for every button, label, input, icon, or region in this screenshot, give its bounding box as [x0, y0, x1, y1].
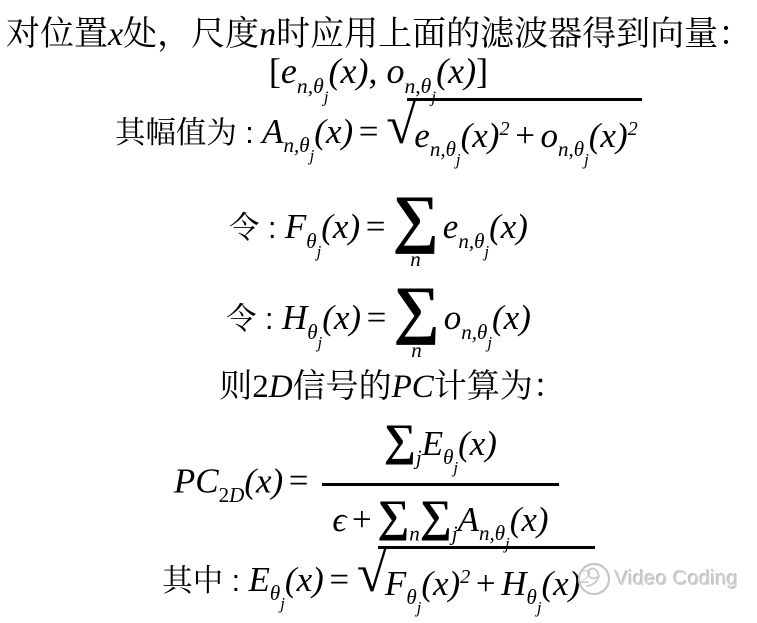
formula-page: 对位置x处，尺度n时应用上面的滤波器得到向量： [en,θj(x), on,θj…: [0, 0, 757, 623]
subscript: n,θj: [461, 320, 492, 344]
var-A: A: [262, 112, 283, 151]
arg: (x): [421, 564, 460, 603]
subscript-text: n,θ: [479, 521, 505, 545]
var-o: o: [541, 116, 559, 155]
arg: (x): [322, 298, 361, 337]
arg: (x): [458, 424, 497, 463]
arg: (x): [510, 500, 549, 539]
radicand: Fθj(x)2+Hθj(x)2: [378, 546, 595, 618]
var-o: o: [444, 298, 462, 337]
label-amplitude: 其幅值为 :: [115, 116, 262, 150]
numerator: ∑jEθj(x): [322, 414, 559, 486]
subscript-text: θ: [443, 445, 453, 469]
intro-text: 对位置: [6, 15, 108, 53]
equals-operator: =: [359, 112, 379, 151]
subscript-text: θ: [527, 585, 537, 609]
then-text: 信号的: [293, 367, 392, 404]
subscript: n,θj: [479, 521, 510, 545]
var-PC: PC: [174, 461, 219, 500]
var-D: D: [269, 369, 293, 405]
square-root: √Fθj(x)2+Hθj(x)2: [357, 546, 595, 618]
subscript-text: n,θ: [458, 229, 484, 253]
equals-operator: =: [367, 298, 387, 337]
var-F: F: [385, 564, 406, 603]
superscript: 2: [460, 566, 470, 588]
var-n: n: [259, 16, 276, 53]
subscript-text: n,θ: [558, 137, 584, 161]
arg: (x): [285, 560, 324, 599]
subscript-D: D: [229, 483, 244, 507]
formula-amplitude: 其幅值为 : An,θj(x)=√en,θj(x)2+on,θj(x)2: [0, 98, 757, 170]
watermark-text: Video Coding: [615, 568, 738, 591]
var-H: H: [501, 564, 526, 603]
subscript: θj: [306, 229, 321, 253]
arg: (x): [314, 112, 353, 151]
subscript: θj: [406, 585, 421, 609]
equals-operator: =: [329, 560, 349, 599]
var-A: A: [458, 500, 479, 539]
subscript-text: n,θ: [297, 74, 324, 98]
var-x: x: [108, 16, 123, 53]
arg: (x): [492, 298, 531, 337]
var-F: F: [285, 207, 306, 246]
subscript-text: n,θ: [430, 137, 456, 161]
subscript: n,θj: [430, 137, 461, 161]
subscript: n,θj: [284, 133, 315, 157]
then-sentence: 则2D信号的PC计算为：: [14, 360, 757, 407]
subscript: θj: [270, 581, 285, 605]
intro-sentence: 对位置x处，尺度n时应用上面的滤波器得到向量：: [6, 6, 752, 55]
intro-text: 处，尺度: [123, 15, 259, 53]
plus-operator: +: [352, 500, 372, 539]
sum-limit: n: [410, 249, 421, 270]
var-H: H: [282, 298, 307, 337]
subscript: θj: [527, 585, 542, 609]
subscript: 2D: [219, 483, 245, 507]
label-let: 令 :: [226, 302, 282, 336]
var-E: E: [422, 424, 443, 463]
sum-limit: n: [411, 340, 422, 361]
var-E: E: [249, 560, 270, 599]
formula-pc2d: PC2D(x)=∑jEθj(x)ϵ+∑n∑jAn,θj(x): [0, 414, 745, 555]
subscript-text: n,θ: [284, 133, 310, 157]
arg: (x): [489, 207, 528, 246]
var-e: e: [414, 116, 430, 155]
subscript: θj: [443, 445, 458, 469]
var-e: e: [443, 207, 459, 246]
arg: (x): [461, 116, 500, 155]
video-coding-logo: [574, 559, 614, 599]
equals-operator: =: [366, 207, 386, 246]
label-let: 令 :: [229, 211, 285, 245]
equals-operator: =: [289, 461, 309, 500]
formula-H: 令 : Hθj(x)=∑non,θj(x): [0, 281, 757, 361]
subscript: θj: [307, 320, 322, 344]
then-text: 则: [219, 367, 252, 404]
big-sum: ∑n: [393, 281, 439, 361]
then-text: 计算为：: [434, 367, 566, 404]
label-where: 其中 :: [162, 564, 248, 598]
square-root: √en,θj(x)2+on,θj(x)2: [386, 98, 642, 170]
arg: (x): [244, 461, 283, 500]
num-2: 2: [252, 369, 269, 405]
fraction: ∑jEθj(x)ϵ+∑n∑jAn,θj(x): [322, 414, 559, 555]
intro-text: 时应用上面的滤波器得到向量：: [276, 15, 752, 53]
sum-symbol: ∑: [384, 415, 416, 465]
plus-operator: +: [515, 116, 535, 155]
sum-symbol: ∑: [377, 491, 409, 541]
big-sum: ∑n: [392, 190, 438, 270]
sum-symbol: ∑: [393, 281, 439, 339]
radicand: en,θj(x)2+on,θj(x)2: [407, 98, 642, 170]
var-epsilon: ϵ: [332, 500, 346, 539]
arg: (x): [436, 51, 476, 91]
left-bracket: [: [269, 51, 281, 91]
var-e: e: [281, 51, 297, 91]
superscript: 2: [628, 118, 638, 140]
right-bracket: ]: [476, 51, 488, 91]
subscript-text: θ: [307, 320, 317, 344]
watermark: Video Coding: [574, 559, 738, 599]
subscript-text: θ: [406, 585, 416, 609]
subscript-text: θ: [270, 581, 280, 605]
superscript: 2: [499, 118, 509, 140]
subscript-2: 2: [219, 483, 230, 507]
subscript-text: θ: [306, 229, 316, 253]
arg: (x): [321, 207, 360, 246]
subscript: n,θj: [458, 229, 489, 253]
sum-symbol: ∑: [392, 190, 438, 248]
var-PC: PC: [392, 369, 434, 405]
subscript-text: n,θ: [461, 320, 487, 344]
var-o: o: [386, 51, 404, 91]
subscript: n,θj: [297, 74, 329, 98]
sum-subscript: n: [409, 521, 420, 545]
sum-symbol: ∑: [420, 491, 452, 541]
plus-operator: +: [476, 564, 496, 603]
arg: (x): [329, 51, 369, 91]
arg: (x): [589, 116, 628, 155]
subscript: n,θj: [558, 137, 589, 161]
comma: ,: [368, 51, 386, 91]
formula-F: 令 : Fθj(x)=∑nen,θj(x): [0, 190, 757, 270]
